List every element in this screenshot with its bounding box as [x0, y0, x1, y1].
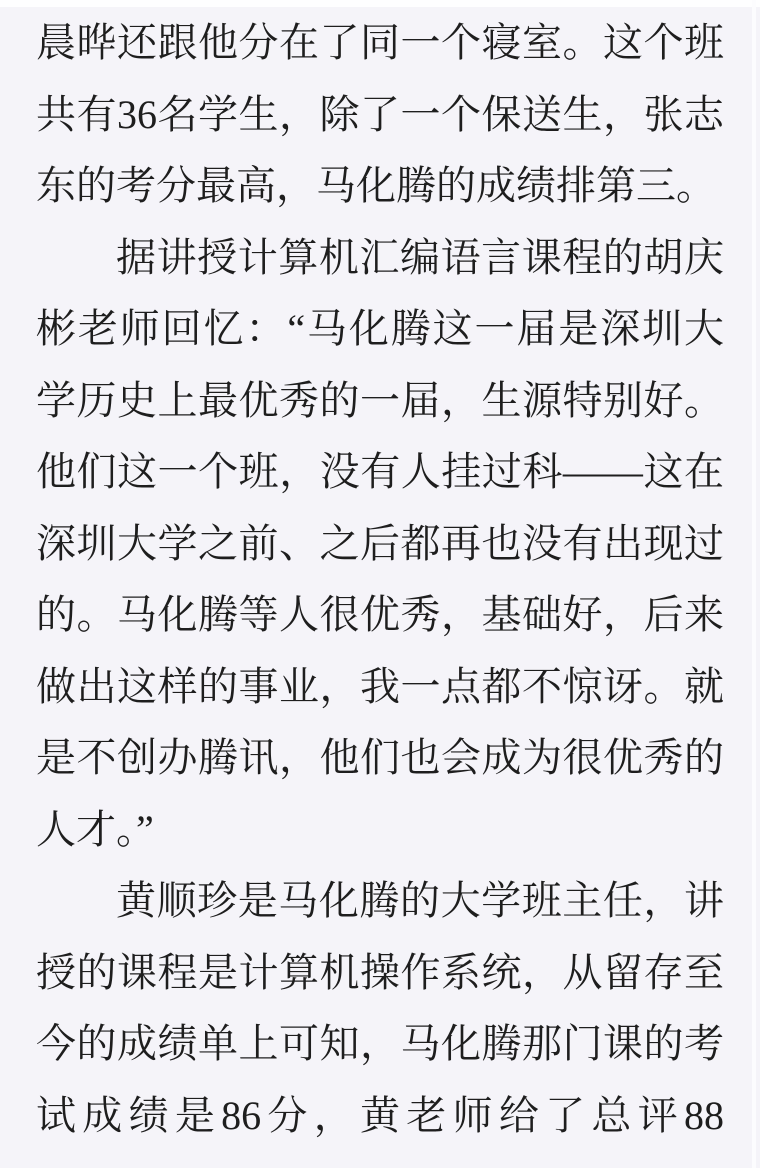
text-line: 人才。” — [36, 794, 724, 866]
text-line: 学历史上最优秀的一届，生源特别好。 — [36, 365, 724, 437]
page-top-edge — [0, 0, 760, 7]
text-line: 今的成绩单上可知，马化腾那门课的考 — [36, 1008, 724, 1080]
text-line: 授的课程是计算机操作系统，从留存至 — [36, 937, 724, 1009]
ebook-page: 晨晔还跟他分在了同一个寝室。这个班共有36名学生，除了一个保送生，张志东的考分最… — [0, 0, 760, 1168]
text-line: 据讲授计算机汇编语言课程的胡庆 — [36, 222, 724, 294]
text-line: 共有36名学生，除了一个保送生，张志 — [36, 79, 724, 151]
page-right-edge — [752, 0, 756, 1168]
page-text: 晨晔还跟他分在了同一个寝室。这个班共有36名学生，除了一个保送生，张志东的考分最… — [36, 7, 724, 1151]
text-line: 东的考分最高，马化腾的成绩排第三。 — [36, 150, 724, 222]
text-line: 是不创办腾讯，他们也会成为很优秀的 — [36, 722, 724, 794]
text-line: 他们这一个班，没有人挂过科——这在 — [36, 436, 724, 508]
text-line: 试成绩是86分，黄老师给了总评88 — [36, 1080, 724, 1152]
text-line: 彬老师回忆：“马化腾这一届是深圳大 — [36, 293, 724, 365]
text-line: 做出这样的事业，我一点都不惊讶。就 — [36, 651, 724, 723]
text-line: 黄顺珍是马化腾的大学班主任，讲 — [36, 865, 724, 937]
text-line: 的。马化腾等人很优秀，基础好，后来 — [36, 579, 724, 651]
text-line: 晨晔还跟他分在了同一个寝室。这个班 — [36, 7, 724, 79]
text-line: 深圳大学之前、之后都再也没有出现过 — [36, 508, 724, 580]
